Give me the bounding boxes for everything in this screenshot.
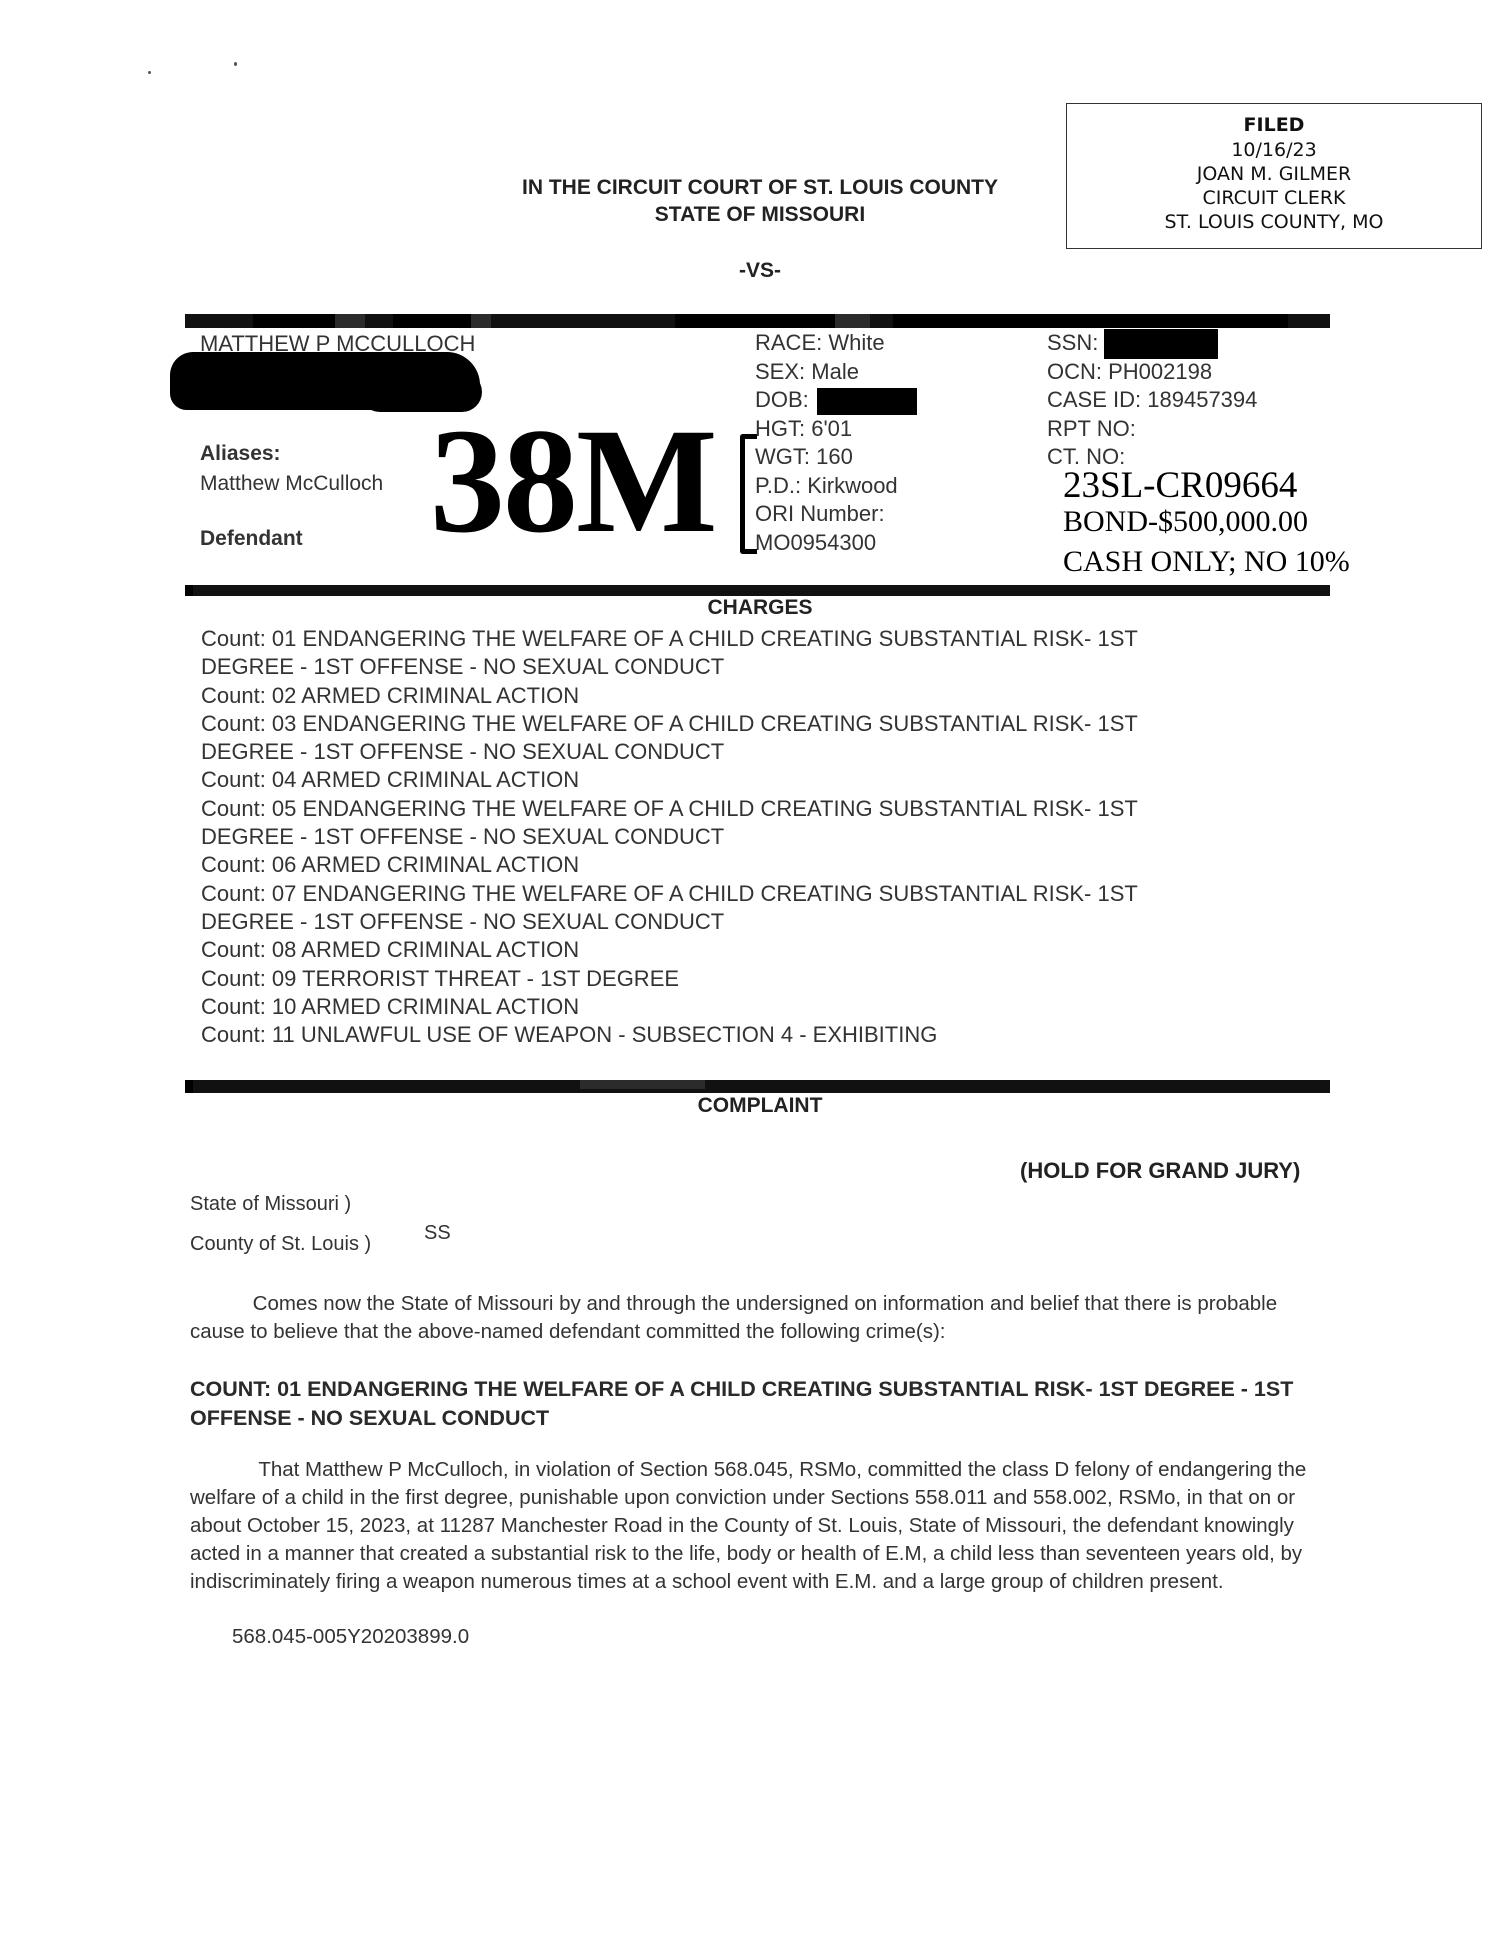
clerk-county: ST. LOUIS COUNTY, MO: [1067, 210, 1481, 234]
info-dob: DOB:: [755, 386, 917, 415]
defendant-label: Defendant: [200, 527, 303, 551]
clerk-title: CIRCUIT CLERK: [1067, 186, 1481, 210]
case-identifiers: SSN: OCN: PH002198 CASE ID: 189457394 RP…: [1047, 329, 1257, 472]
charge-line: Count: 05 ENDANGERING THE WELFARE OF A C…: [201, 795, 1138, 823]
venue-county: County of St. Louis ): [190, 1233, 371, 1256]
info-height: HGT: 6'01: [755, 415, 917, 444]
charge-line: Count: 01 ENDANGERING THE WELFARE OF A C…: [201, 625, 1138, 653]
charge-line: Count: 03 ENDANGERING THE WELFARE OF A C…: [201, 710, 1138, 738]
scan-speck: [148, 71, 151, 74]
filed-status: FILED: [1067, 112, 1481, 138]
charge-line: Count: 06 ARMED CRIMINAL ACTION: [201, 851, 1138, 879]
alias-value: Matthew McCulloch: [200, 472, 383, 496]
bond-amount: BOND-$500,000.00: [1063, 505, 1308, 539]
complaint-intro: Comes now the State of Missouri by and t…: [190, 1290, 1330, 1346]
info-weight: WGT: 160: [755, 443, 917, 472]
complaint-heading: COMPLAINT: [660, 1094, 860, 1118]
info-police-dept: P.D.: Kirkwood: [755, 472, 917, 501]
info-ori-label: ORI Number:: [755, 500, 917, 529]
charge-line: Count: 04 ARMED CRIMINAL ACTION: [201, 766, 1138, 794]
physical-description: RACE: White SEX: Male DOB: HGT: 6'01 WGT…: [755, 329, 917, 557]
bond-terms: CASH ONLY; NO 10%: [1063, 545, 1350, 579]
charge-line: Count: 08 ARMED CRIMINAL ACTION: [201, 936, 1138, 964]
charge-line: Count: 11 UNLAWFUL USE OF WEAPON - SUBSE…: [201, 1021, 1138, 1049]
age-annotation: 38M: [430, 406, 716, 556]
info-ssn: SSN:: [1047, 329, 1257, 358]
hold-for-grand-jury: (HOLD FOR GRAND JURY): [1020, 1158, 1300, 1184]
charges-heading: CHARGES: [660, 596, 860, 620]
filed-date: 10/16/23: [1067, 138, 1481, 162]
redaction-dob: [817, 388, 917, 415]
filed-stamp: FILED 10/16/23 JOAN M. GILMER CIRCUIT CL…: [1066, 103, 1482, 249]
redaction-ssn: [1104, 329, 1218, 359]
charge-line: Count: 10 ARMED CRIMINAL ACTION: [201, 993, 1138, 1021]
charge-line: Count: 02 ARMED CRIMINAL ACTION: [201, 682, 1138, 710]
charges-list: Count: 01 ENDANGERING THE WELFARE OF A C…: [201, 625, 1138, 1049]
clerk-name: JOAN M. GILMER: [1067, 162, 1481, 186]
statute-code: 568.045-005Y20203899.0: [232, 1625, 469, 1649]
court-heading: IN THE CIRCUIT COURT OF ST. LOUIS COUNTY…: [460, 174, 1060, 228]
charge-line: DEGREE - 1ST OFFENSE - NO SEXUAL CONDUCT: [201, 653, 1138, 681]
charge-line: DEGREE - 1ST OFFENSE - NO SEXUAL CONDUCT: [201, 738, 1138, 766]
info-case-id: CASE ID: 189457394: [1047, 386, 1257, 415]
court-heading-line2: STATE OF MISSOURI: [460, 201, 1060, 228]
venue-state: State of Missouri ): [190, 1193, 351, 1216]
versus-label: -VS-: [700, 259, 820, 283]
count-01-title: COUNT: 01 ENDANGERING THE WELFARE OF A C…: [190, 1375, 1330, 1433]
info-ocn: OCN: PH002198: [1047, 358, 1257, 387]
count-01-body: That Matthew P McCulloch, in violation o…: [190, 1456, 1330, 1596]
aliases-label: Aliases:: [200, 442, 281, 466]
divider-bar-complaint: [185, 1080, 1330, 1093]
charge-line: Count: 07 ENDANGERING THE WELFARE OF A C…: [201, 880, 1138, 908]
divider-bar-charges: [185, 585, 1330, 596]
court-heading-line1: IN THE CIRCUIT COURT OF ST. LOUIS COUNTY: [460, 174, 1060, 201]
info-sex: SEX: Male: [755, 358, 917, 387]
info-race: RACE: White: [755, 329, 917, 358]
divider-bar-top: [185, 314, 1330, 328]
charge-line: Count: 09 TERRORIST THREAT - 1ST DEGREE: [201, 965, 1138, 993]
venue-ss: SS: [424, 1222, 451, 1245]
info-report-no: RPT NO:: [1047, 415, 1257, 444]
charge-line: DEGREE - 1ST OFFENSE - NO SEXUAL CONDUCT: [201, 908, 1138, 936]
info-ori-number: MO0954300: [755, 529, 917, 558]
scan-speck: [234, 62, 237, 66]
charge-line: DEGREE - 1ST OFFENSE - NO SEXUAL CONDUCT: [201, 823, 1138, 851]
case-number: 23SL-CR09664: [1063, 466, 1297, 506]
